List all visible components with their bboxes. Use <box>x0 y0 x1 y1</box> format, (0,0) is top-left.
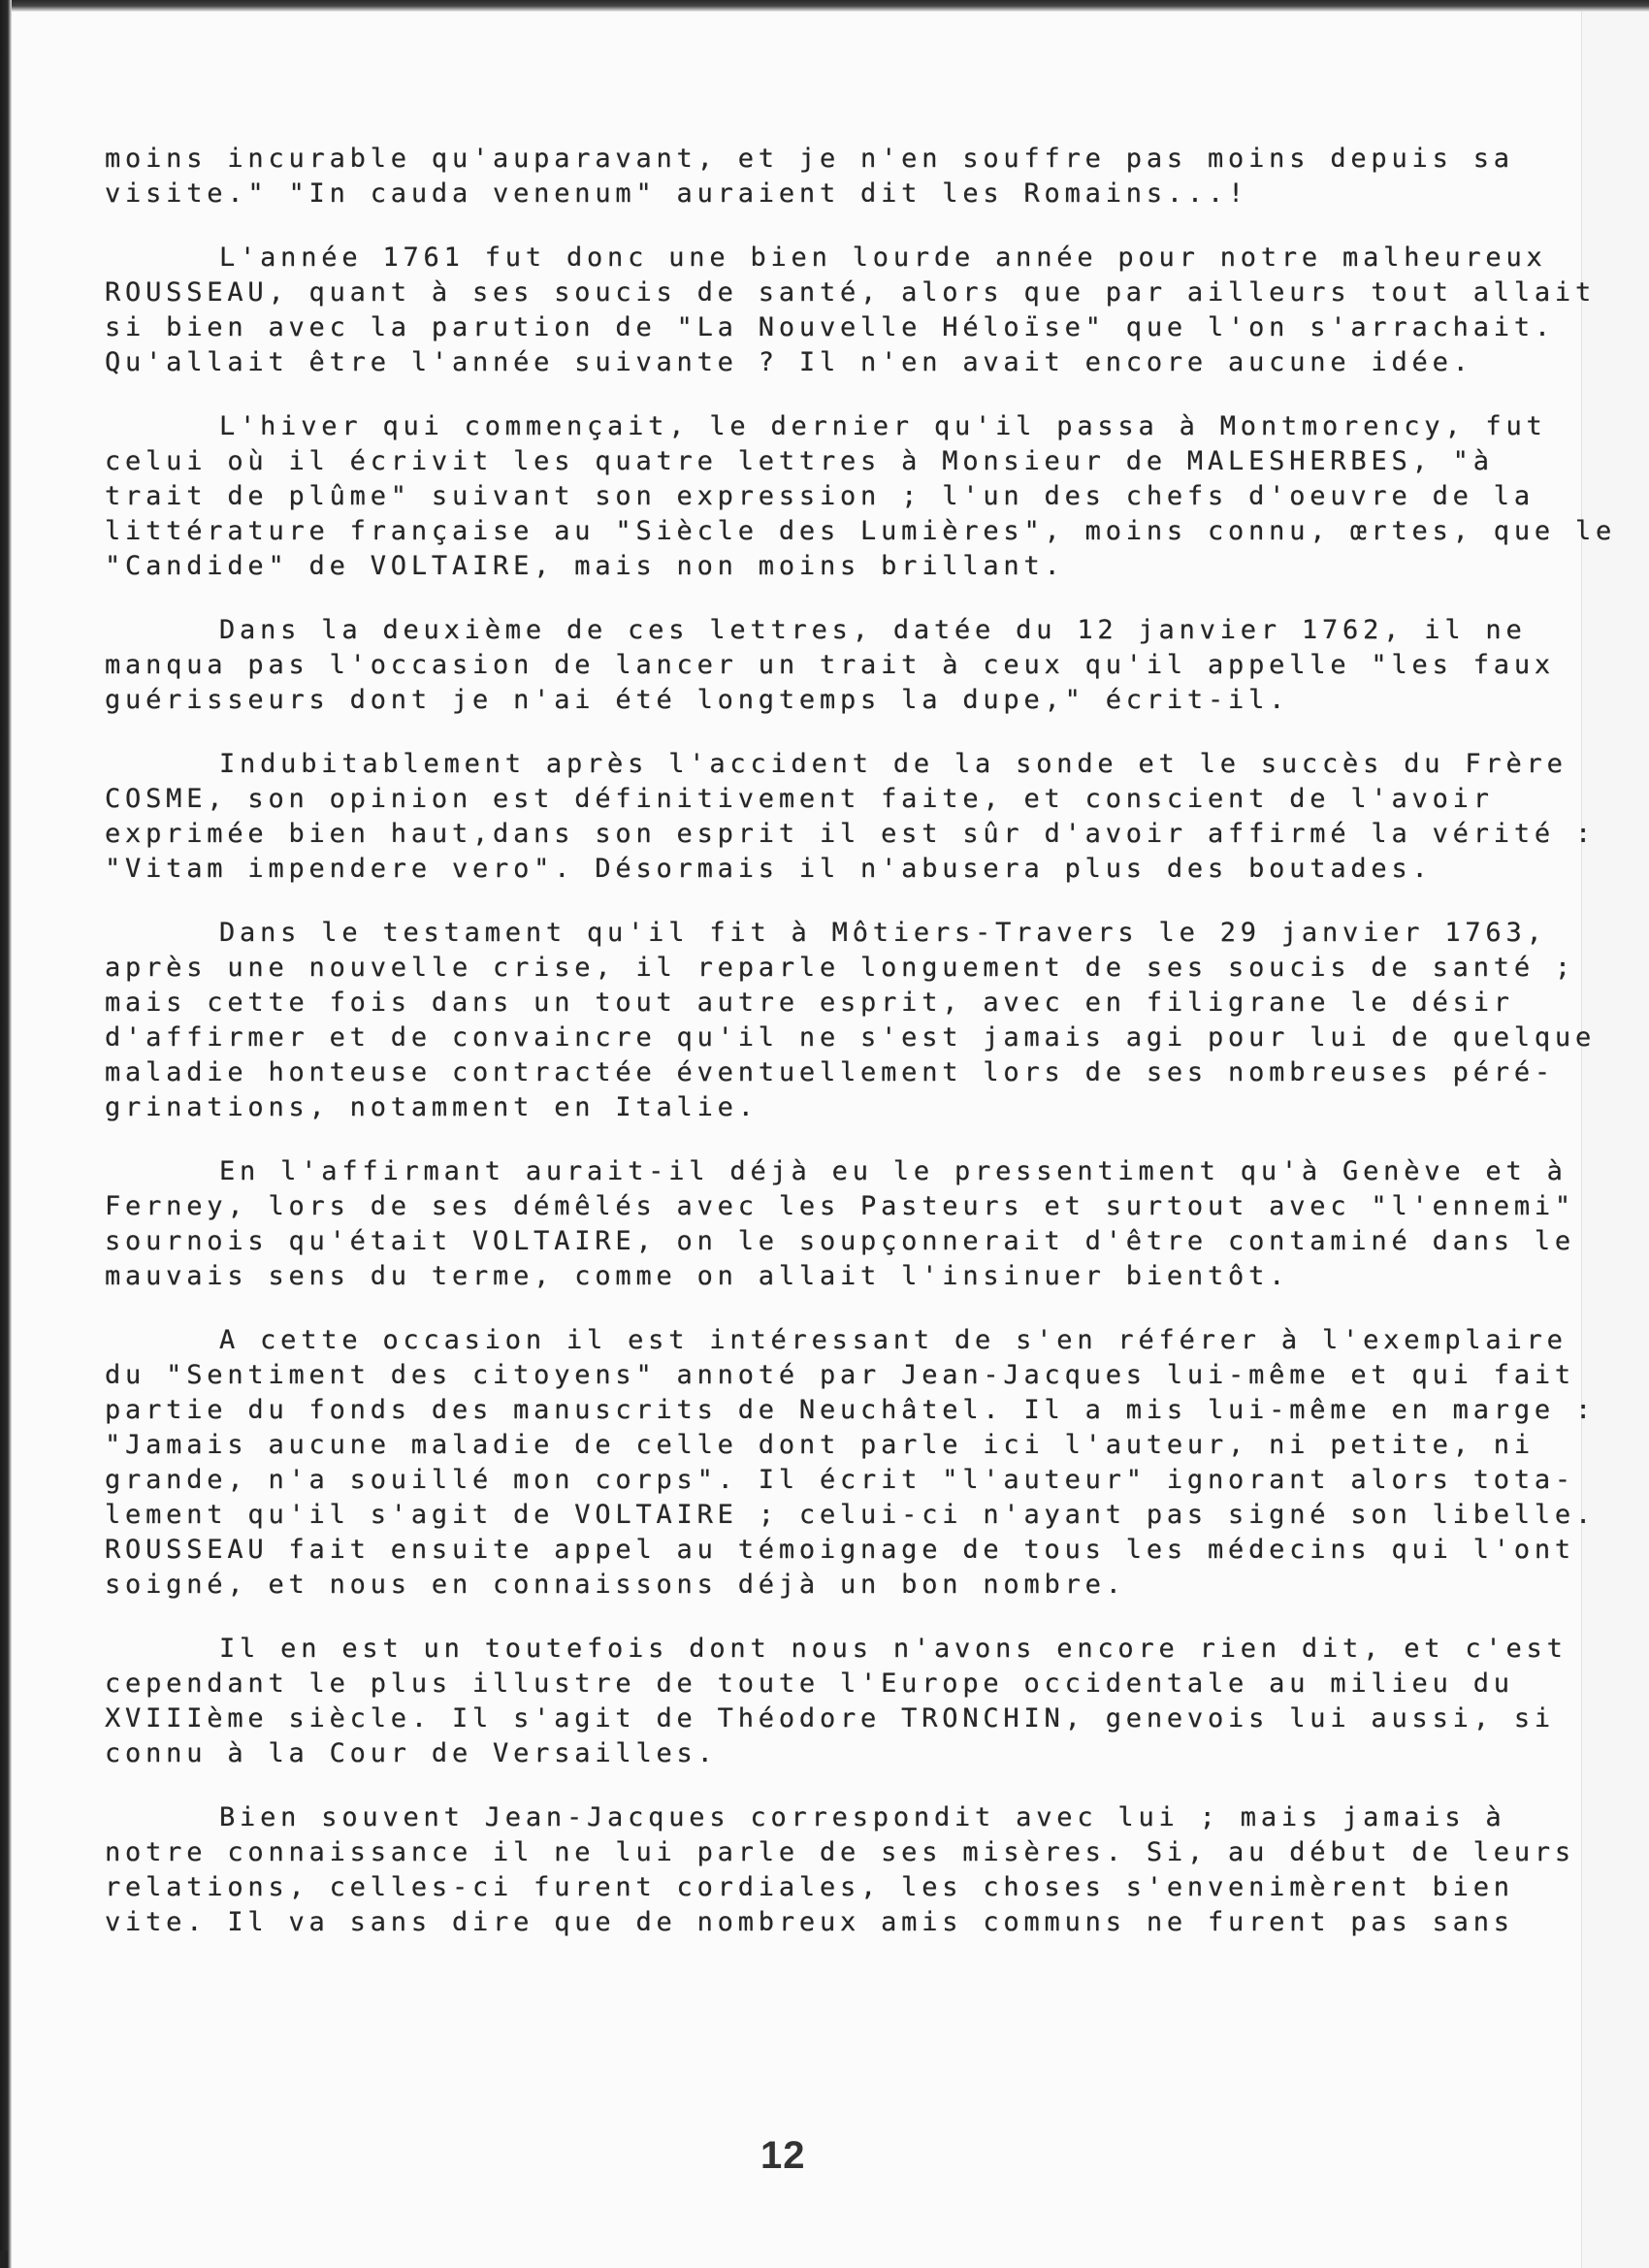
paragraph: Dans la deuxième de ces lettres, datée d… <box>105 613 1599 718</box>
text-line: mais cette fois dans un tout autre espri… <box>105 986 1599 1021</box>
paragraph: Dans le testament qu'il fit à Môtiers-Tr… <box>105 916 1599 1125</box>
text-line: trait de plûme" suivant son expression ;… <box>105 479 1599 514</box>
text-line: "Vitam impendere vero". Désormais il n'a… <box>105 852 1599 887</box>
page-number: 12 <box>760 2134 806 2178</box>
text-line: Dans le testament qu'il fit à Môtiers-Tr… <box>105 916 1599 951</box>
paragraph: L'année 1761 fut donc une bien lourde an… <box>105 241 1599 380</box>
text-line: relations, celles-ci furent cordiales, l… <box>105 1870 1599 1905</box>
text-line: moins incurable qu'auparavant, et je n'e… <box>105 142 1599 177</box>
text-line: A cette occasion il est intéressant de s… <box>105 1323 1599 1358</box>
text-line: Il en est un toutefois dont nous n'avons… <box>105 1632 1599 1667</box>
paragraph: Indubitablement après l'accident de la s… <box>105 747 1599 887</box>
text-line: "Candide" de VOLTAIRE, mais non moins br… <box>105 549 1599 584</box>
text-line: grinations, notamment en Italie. <box>105 1090 1599 1125</box>
text-line: maladie honteuse contractée éventuelleme… <box>105 1055 1599 1090</box>
text-line: Qu'allait être l'année suivante ? Il n'e… <box>105 345 1599 380</box>
scan-corner <box>0 2251 8 2268</box>
text-line: sournois qu'était VOLTAIRE, on le soupço… <box>105 1224 1599 1259</box>
text-line: Ferney, lors de ses démêlés avec les Pas… <box>105 1189 1599 1224</box>
text-line: soigné, et nous en connaissons déjà un b… <box>105 1568 1599 1603</box>
text-line: d'affirmer et de convaincre qu'il ne s'e… <box>105 1021 1599 1055</box>
paragraph: Il en est un toutefois dont nous n'avons… <box>105 1632 1599 1771</box>
text-line: vite. Il va sans dire que de nombreux am… <box>105 1905 1599 1940</box>
text-line: ROUSSEAU, quant à ses soucis de santé, a… <box>105 275 1599 310</box>
scan-edge-left <box>0 0 12 2268</box>
text-line: L'année 1761 fut donc une bien lourde an… <box>105 241 1599 275</box>
text-line: COSME, son opinion est définitivement fa… <box>105 782 1599 817</box>
text-line: XVIIIème siècle. Il s'agit de Théodore T… <box>105 1701 1599 1736</box>
text-line: visite." "In cauda venenum" auraient dit… <box>105 177 1599 211</box>
text-line: connu à la Cour de Versailles. <box>105 1736 1599 1771</box>
text-line: Bien souvent Jean-Jacques correspondit a… <box>105 1800 1599 1835</box>
text-line: du "Sentiment des citoyens" annoté par J… <box>105 1358 1599 1393</box>
text-line: après une nouvelle crise, il reparle lon… <box>105 951 1599 986</box>
text-line: En l'affirmant aurait-il déjà eu le pres… <box>105 1154 1599 1189</box>
text-line: exprimée bien haut,dans son esprit il es… <box>105 817 1599 852</box>
text-line: L'hiver qui commençait, le dernier qu'il… <box>105 409 1599 444</box>
text-line: notre connaissance il ne lui parle de se… <box>105 1835 1599 1870</box>
text-line: celui où il écrivit les quatre lettres à… <box>105 444 1599 479</box>
document-body: moins incurable qu'auparavant, et je n'e… <box>105 142 1599 1969</box>
text-line: Dans la deuxième de ces lettres, datée d… <box>105 613 1599 648</box>
text-line: grande, n'a souillé mon corps". Il écrit… <box>105 1463 1599 1498</box>
text-line: guérisseurs dont je n'ai été longtemps l… <box>105 683 1599 718</box>
text-line: manqua pas l'occasion de lancer un trait… <box>105 648 1599 683</box>
text-line: si bien avec la parution de "La Nouvelle… <box>105 310 1599 345</box>
text-line: cependant le plus illustre de toute l'Eu… <box>105 1667 1599 1701</box>
paragraph: En l'affirmant aurait-il déjà eu le pres… <box>105 1154 1599 1294</box>
text-line: ROUSSEAU fait ensuite appel au témoignag… <box>105 1533 1599 1568</box>
text-line: littérature française au "Siècle des Lum… <box>105 514 1599 549</box>
paragraph: moins incurable qu'auparavant, et je n'e… <box>105 142 1599 211</box>
paragraph: Bien souvent Jean-Jacques correspondit a… <box>105 1800 1599 1940</box>
text-line: lement qu'il s'agit de VOLTAIRE ; celui-… <box>105 1498 1599 1533</box>
text-line: "Jamais aucune maladie de celle dont par… <box>105 1428 1599 1463</box>
paragraph: A cette occasion il est intéressant de s… <box>105 1323 1599 1603</box>
text-line: mauvais sens du terme, comme on allait l… <box>105 1259 1599 1294</box>
scan-edge-top <box>0 0 1649 12</box>
paragraph: L'hiver qui commençait, le dernier qu'il… <box>105 409 1599 584</box>
text-line: Indubitablement après l'accident de la s… <box>105 747 1599 782</box>
text-line: partie du fonds des manuscrits de Neuchâ… <box>105 1393 1599 1428</box>
